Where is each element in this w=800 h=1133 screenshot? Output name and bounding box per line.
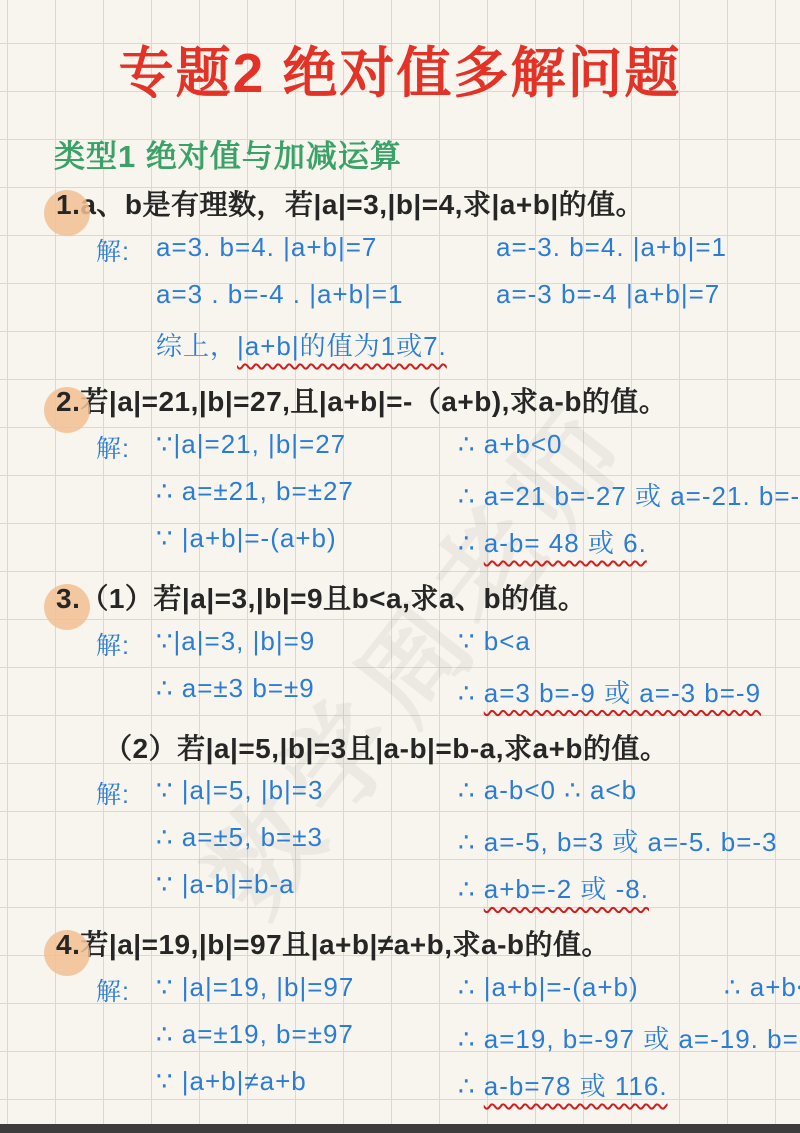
solution-line: ∴ a=±19, b=±97 ∴ a=19, b=-97 或 a=-19. b=… <box>0 1019 800 1066</box>
problem-1-solution: 解: a=3. b=4. |a+b|=7 a=-3. b=4. |a+b|=1 … <box>0 232 800 373</box>
problem-3-2-text: （2）若|a|=5,|b|=3且|a-b|=b-a,求a+b的值。 <box>104 733 669 764</box>
solution-line: 解: ∵|a|=21, |b|=27 ∴ a+b<0 <box>0 429 800 476</box>
problem-2-number: 2. <box>56 383 80 421</box>
math-expression: ∴ a+b<0 <box>458 429 563 460</box>
problem-3-2-statement: （2）若|a|=5,|b|=3且|a-b|=b-a,求a+b的值。 <box>104 730 800 768</box>
problem-3-2-solution: 解: ∵ |a|=5, |b|=3 ∴ a-b<0 ∴ a<b ∴ a=±5, … <box>0 775 800 916</box>
solution-label: 解: <box>96 429 156 465</box>
conclusion-underlined: a+b=-2 或 -8. <box>484 874 649 904</box>
worksheet-page: 数学周老师 专题2 绝对值多解问题 类型1 绝对值与加减运算 1.a、b是有理数… <box>0 0 800 1133</box>
photo-bottom-edge <box>0 1124 800 1133</box>
conclusion-underlined: a=3 b=-9 或 a=-3 b=-9 <box>484 678 761 708</box>
problem-1-statement: 1.a、b是有理数，若|a|=3,|b|=4,求|a+b|的值。 <box>56 186 800 224</box>
problem-4-solution: 解: ∵ |a|=19, |b|=97 ∴ |a+b|=-(a+b) ∴ a+b… <box>0 972 800 1113</box>
math-expression: ∵ |a|=19, |b|=97 <box>156 972 458 1003</box>
section-heading: 类型1 绝对值与加减运算 <box>54 131 800 176</box>
page-title: 专题2 绝对值多解问题 <box>0 42 800 105</box>
solution-line: ∵ |a+b|≠a+b ∴ a-b=78 或 116. <box>0 1066 800 1113</box>
solution-line: 综上，|a+b|的值为1或7. <box>0 326 800 373</box>
problem-1-number: 1. <box>56 186 80 224</box>
worksheet-content: 专题2 绝对值多解问题 类型1 绝对值与加减运算 1.a、b是有理数，若|a|=… <box>0 42 800 1113</box>
problem-4-statement: 4.若|a|=19,|b|=97且|a+b|≠a+b,求a-b的值。 <box>56 926 800 964</box>
math-expression: ∵ |a+b|≠a+b <box>156 1066 458 1097</box>
math-expression: ∵ b<a <box>458 626 531 657</box>
problem-4-number: 4. <box>56 926 80 964</box>
problem-2-statement: 2.若|a|=21,|b|=27,且|a+b|=-（a+b),求a-b的值。 <box>56 383 800 421</box>
solution-line: ∴ a=±3 b=±9 ∴ a=3 b=-9 或 a=-3 b=-9 <box>0 673 800 720</box>
conclusion: ∴ a+b=-2 或 -8. <box>458 869 649 906</box>
solution-line: ∴ a=±21, b=±27 ∴ a=21 b=-27 或 a=-21. b=-… <box>0 476 800 523</box>
math-expression: ∴ a=±19, b=±97 <box>156 1019 458 1050</box>
conclusion-prefix: ∴ <box>458 874 484 904</box>
conclusion-prefix: ∴ <box>458 1071 484 1101</box>
math-expression: a=3. b=4. |a+b|=7 <box>156 232 496 263</box>
conclusion-prefix: ∴ <box>458 678 484 708</box>
conclusion: ∴ a-b= 48 或 6. <box>458 523 647 560</box>
math-expression: ∴ |a+b|=-(a+b) <box>458 972 724 1003</box>
math-expression: ∴ a=±21, b=±27 <box>156 476 458 507</box>
problem-3-statement: 3.（1）若|a|=3,|b|=9且b<a,求a、b的值。 <box>56 580 800 618</box>
math-expression: ∵ |a-b|=b-a <box>156 869 458 900</box>
solution-label: 解: <box>96 775 156 811</box>
conclusion-underlined: a-b=78 或 116. <box>484 1071 668 1101</box>
math-expression: ∵ |a|=5, |b|=3 <box>156 775 458 806</box>
conclusion: ∴ a=3 b=-9 或 a=-3 b=-9 <box>458 673 761 710</box>
math-expression: a=-3. b=4. |a+b|=1 <box>496 232 727 263</box>
math-expression: ∵|a|=3, |b|=9 <box>156 626 458 657</box>
math-expression: ∴ a-b<0 ∴ a<b <box>458 775 637 806</box>
conclusion: ∴ a-b=78 或 116. <box>458 1066 668 1103</box>
problem-3-1-solution: 解: ∵|a|=3, |b|=9 ∵ b<a ∴ a=±3 b=±9 ∴ a=3… <box>0 626 800 720</box>
solution-line: ∴ a=±5, b=±3 ∴ a=-5, b=3 或 a=-5. b=-3 <box>0 822 800 869</box>
conclusion: 综上，|a+b|的值为1或7. <box>156 326 447 363</box>
solution-line: 解: ∵ |a|=5, |b|=3 ∴ a-b<0 ∴ a<b <box>0 775 800 822</box>
math-expression: a=-3 b=-4 |a+b|=7 <box>496 279 720 310</box>
conclusion-underlined: |a+b|的值为1或7. <box>237 331 447 361</box>
problem-2-solution: 解: ∵|a|=21, |b|=27 ∴ a+b<0 ∴ a=±21, b=±2… <box>0 429 800 570</box>
solution-line: ∵ |a-b|=b-a ∴ a+b=-2 或 -8. <box>0 869 800 916</box>
math-expression: ∴ a=±3 b=±9 <box>156 673 458 704</box>
solution-label: 解: <box>96 232 156 268</box>
math-expression: ∴ a=21 b=-27 或 a=-21. b=-27 <box>458 476 800 513</box>
solution-line: 解: a=3. b=4. |a+b|=7 a=-3. b=4. |a+b|=1 <box>0 232 800 279</box>
conclusion-underlined: a-b= 48 或 6. <box>484 528 647 558</box>
problem-1-text: a、b是有理数，若|a|=3,|b|=4,求|a+b|的值。 <box>80 189 644 220</box>
solution-label: 解: <box>96 626 156 662</box>
math-expression: ∴ a=19, b=-97 或 a=-19. b=-97 <box>458 1019 800 1056</box>
conclusion-prefix: 综上， <box>156 331 237 361</box>
solution-line: 解: ∵|a|=3, |b|=9 ∵ b<a <box>0 626 800 673</box>
conclusion-prefix: ∴ <box>458 528 484 558</box>
math-expression: a=3 . b=-4 . |a+b|=1 <box>156 279 496 310</box>
math-expression: ∴ a+b<0 <box>724 972 800 1003</box>
math-expression: ∴ a=±5, b=±3 <box>156 822 458 853</box>
solution-line: 解: ∵ |a|=19, |b|=97 ∴ |a+b|=-(a+b) ∴ a+b… <box>0 972 800 1019</box>
problem-2-text: 若|a|=21,|b|=27,且|a+b|=-（a+b),求a-b的值。 <box>80 386 667 417</box>
problem-4-text: 若|a|=19,|b|=97且|a+b|≠a+b,求a-b的值。 <box>80 929 610 960</box>
problem-3-number: 3. <box>56 580 80 618</box>
problem-3-text: （1）若|a|=3,|b|=9且b<a,求a、b的值。 <box>80 583 586 614</box>
math-expression: ∴ a=-5, b=3 或 a=-5. b=-3 <box>458 822 778 859</box>
math-expression: ∵|a|=21, |b|=27 <box>156 429 458 460</box>
solution-line: a=3 . b=-4 . |a+b|=1 a=-3 b=-4 |a+b|=7 <box>0 279 800 326</box>
solution-label: 解: <box>96 972 156 1008</box>
math-expression: ∵ |a+b|=-(a+b) <box>156 523 458 554</box>
solution-line: ∵ |a+b|=-(a+b) ∴ a-b= 48 或 6. <box>0 523 800 570</box>
